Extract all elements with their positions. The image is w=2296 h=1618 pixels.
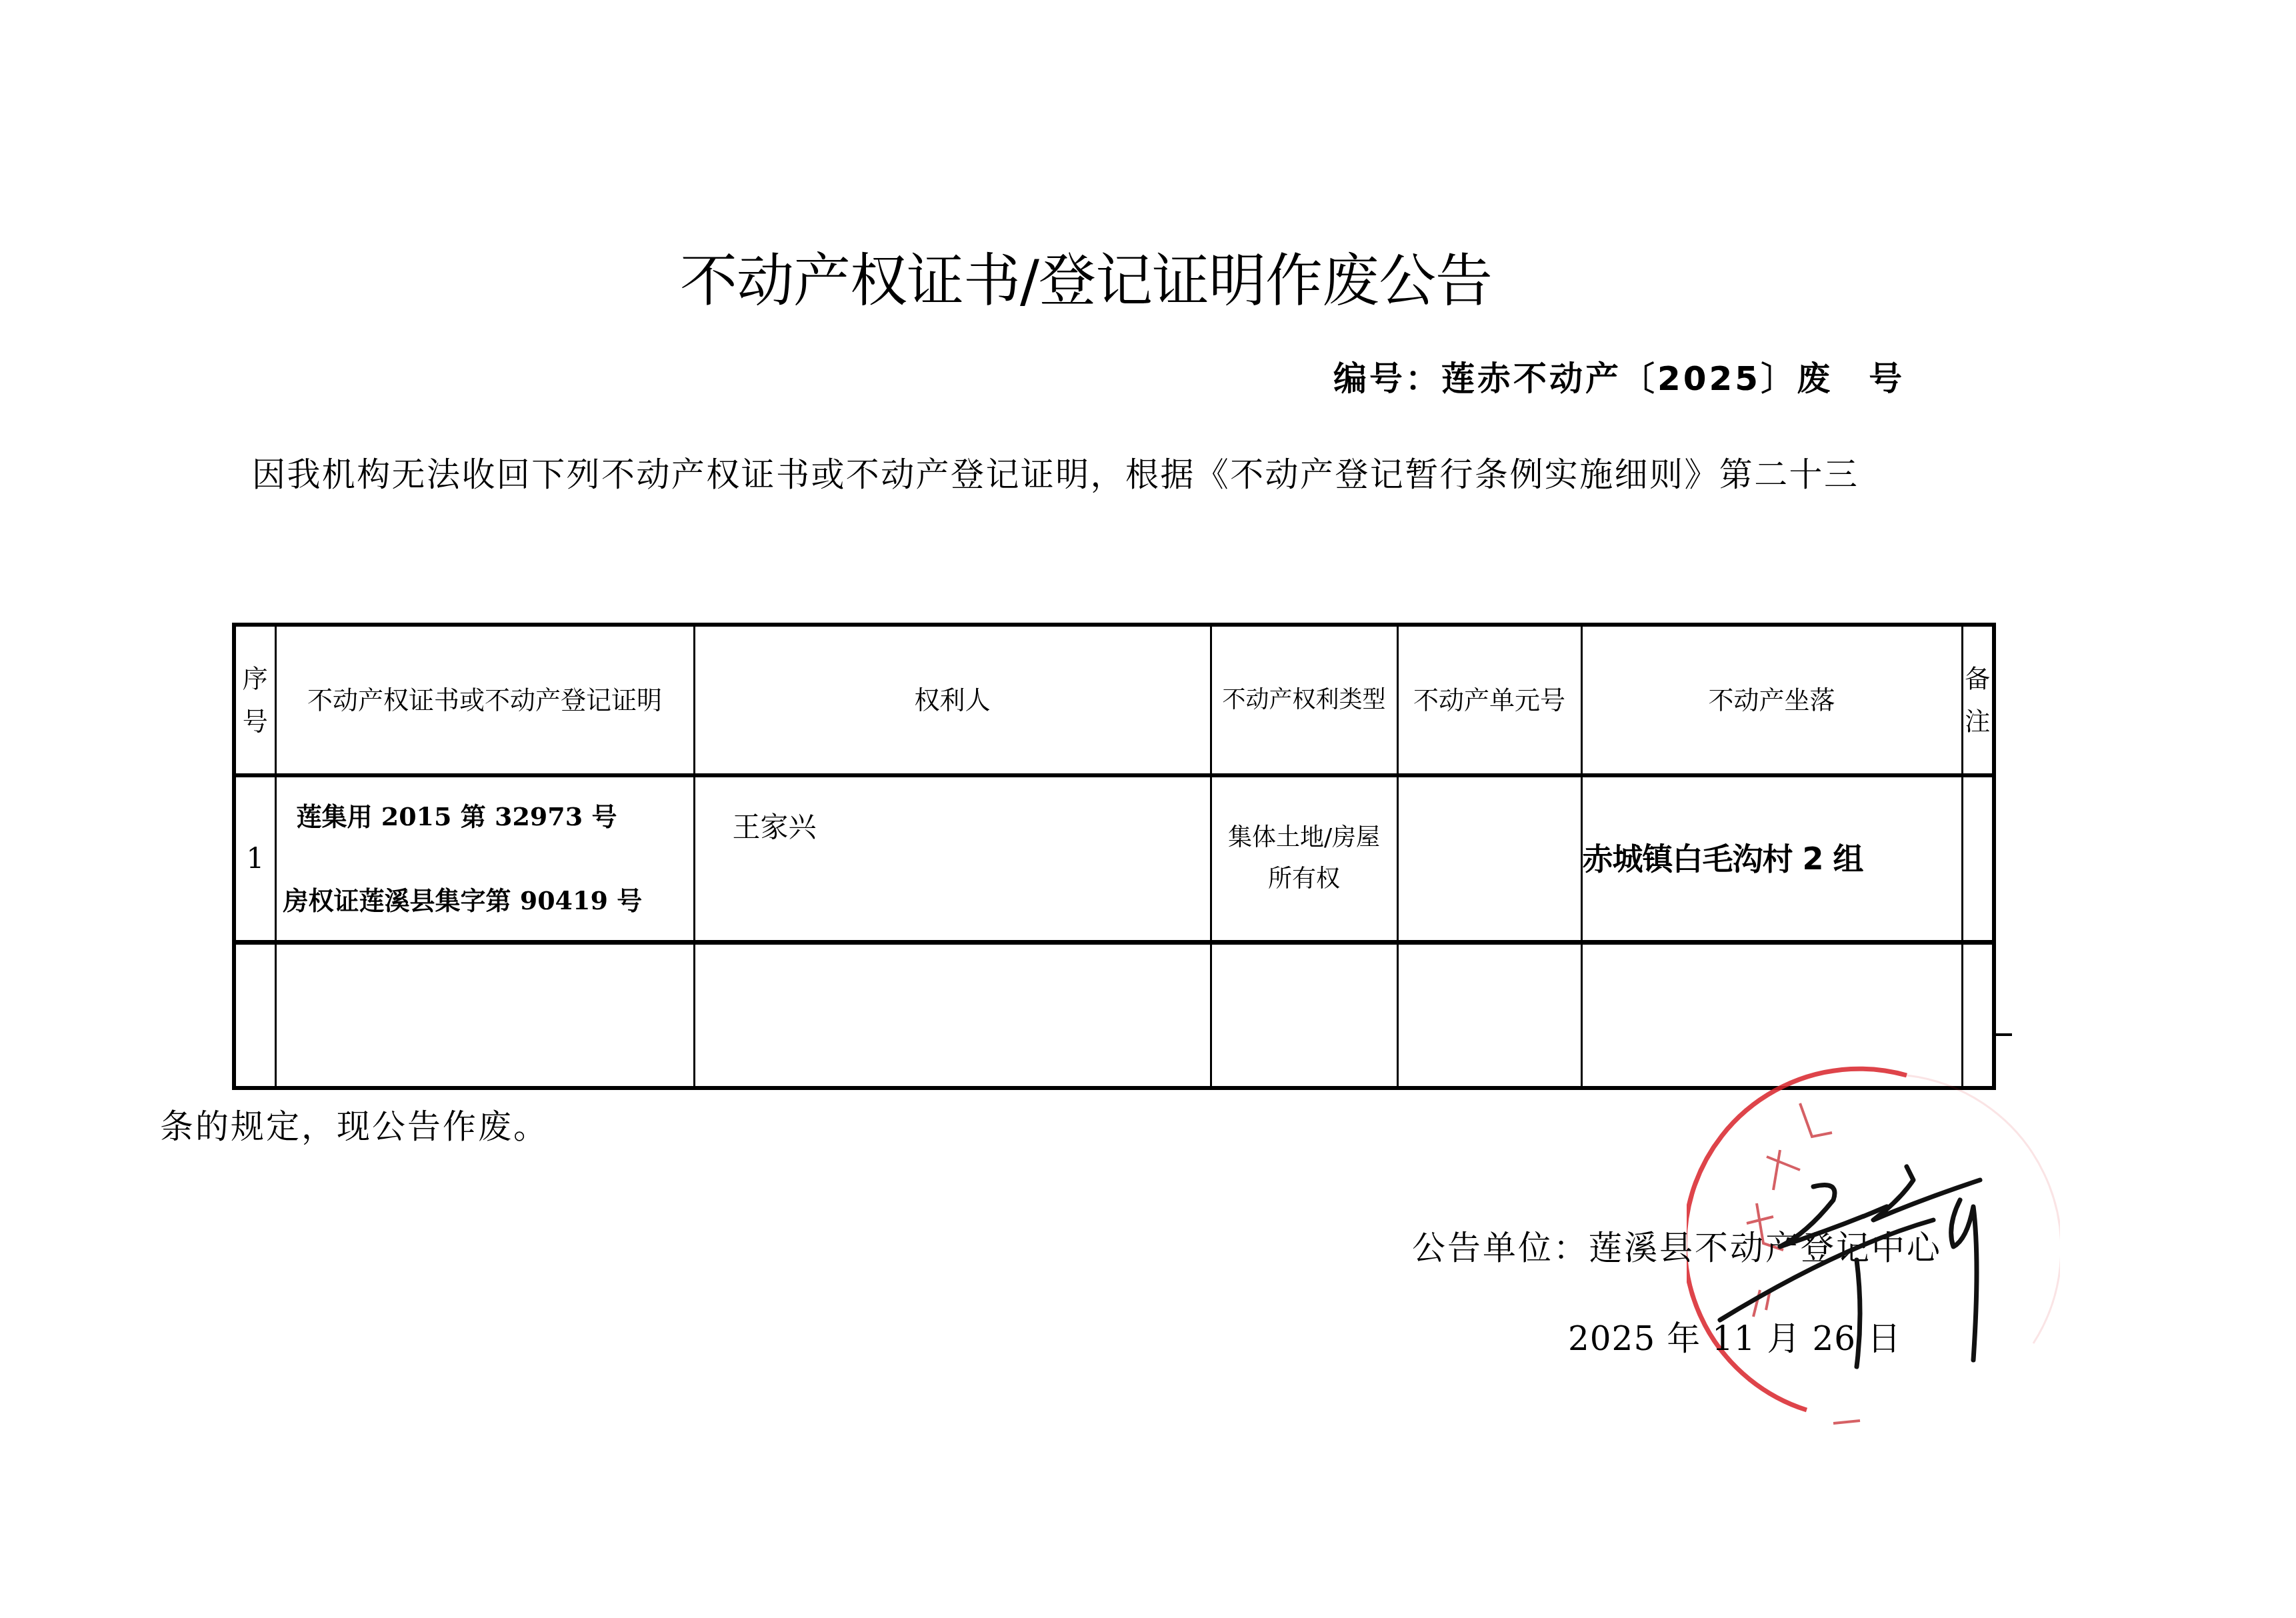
cell-certificate — [275, 943, 694, 1089]
header-holder: 权利人 — [694, 625, 1211, 775]
notice-paragraph-end: 条的规定，现公告作废。 — [160, 1100, 549, 1148]
cell-unit-no — [1397, 775, 1581, 943]
cell-certificate: 莲集用 2015 第 32973 号 房权证莲溪县集字第 90419 号 — [275, 775, 694, 943]
cell-holder — [694, 943, 1211, 1089]
cell-remarks — [1962, 775, 1994, 943]
notice-paragraph-start: 因我机构无法收回下列不动产权证书或不动产登记证明，根据《不动产登记暂行条例实施细… — [252, 448, 1859, 496]
voided-certificates-table: 序号 不动产权证书或不动产登记证明 权利人 不动产权利类型 不动产单元号 不动产… — [232, 623, 1996, 1090]
certificate-number-house: 房权证莲溪县集字第 90419 号 — [277, 880, 693, 921]
cell-unit-no — [1397, 943, 1581, 1089]
cell-right-type — [1211, 943, 1397, 1089]
page-title: 不动产权证书/登记证明作废公告 — [680, 235, 1492, 317]
table-edge-mark — [1992, 1033, 2012, 1036]
table-row: 1 莲集用 2015 第 32973 号 房权证莲溪县集字第 90419 号 王… — [234, 775, 1994, 943]
cell-holder: 王家兴 — [694, 775, 1211, 943]
header-certificate: 不动产权证书或不动产登记证明 — [275, 625, 694, 775]
table-header-row: 序号 不动产权证书或不动产登记证明 权利人 不动产权利类型 不动产单元号 不动产… — [234, 625, 1994, 775]
cell-seq: 1 — [234, 775, 275, 943]
header-right-type: 不动产权利类型 — [1211, 625, 1397, 775]
cell-right-type: 集体土地/房屋所有权 — [1211, 775, 1397, 943]
announcement-date: 2025 年 11 月 26 日 — [1568, 1312, 1901, 1360]
header-location: 不动产坐落 — [1581, 625, 1962, 775]
cell-location: 赤城镇白毛沟村 2 组 — [1581, 775, 1962, 943]
certificate-number-land: 莲集用 2015 第 32973 号 — [277, 796, 693, 837]
cell-seq — [234, 943, 275, 1089]
header-remarks: 备注 — [1962, 625, 1994, 775]
document-number: 编号：莲赤不动产〔2025〕废 号 — [1333, 352, 1905, 400]
header-unit-no: 不动产单元号 — [1397, 625, 1581, 775]
header-seq: 序号 — [234, 625, 275, 775]
